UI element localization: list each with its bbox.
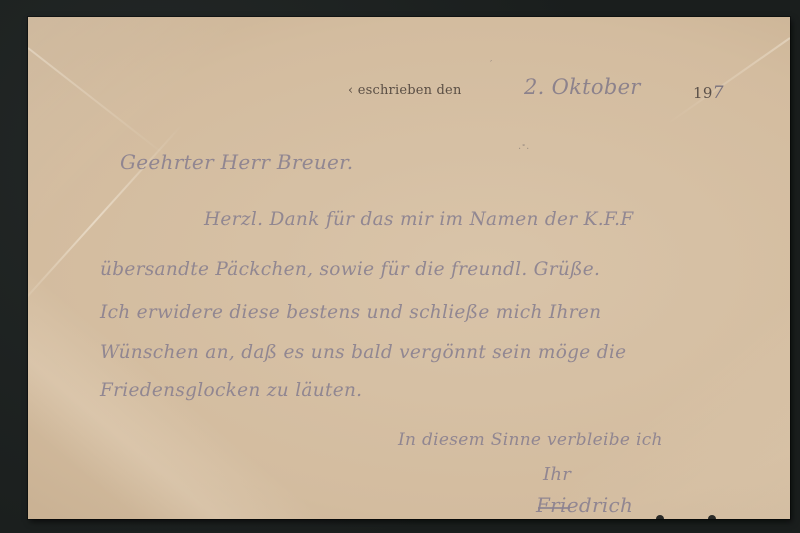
scanned-postcard-view: ′ ·˟· ‹ eschrieben den 2. Oktober 197 Ge…: [0, 0, 800, 533]
paper-edge-nick: [708, 515, 716, 519]
body-line: Wünschen an, daß es uns bald vergönnt se…: [100, 342, 626, 363]
postcard: ′ ·˟· ‹ eschrieben den 2. Oktober 197 Ge…: [28, 17, 790, 519]
paper-crease: [667, 37, 790, 125]
date-year: 197: [693, 83, 724, 103]
paper-crease: [28, 47, 170, 159]
year-digit: 7: [713, 83, 724, 103]
printed-header: ‹ eschrieben den: [348, 83, 462, 98]
body-line: Ich erwidere diese bestens und schließe …: [100, 302, 601, 323]
pencil-mark: ·˟·: [518, 144, 529, 155]
body-line: Friedensglocken zu läuten.: [100, 380, 362, 401]
signature-name: Friedrich: [536, 493, 633, 517]
salutation: Geehrter Herr Breuer.: [120, 150, 353, 174]
body-line: übersandte Päckchen, sowie für die freun…: [100, 259, 600, 280]
closing-line: In diesem Sinne verbleibe ich: [398, 430, 663, 450]
signature-ihr: Ihr: [543, 464, 571, 485]
signature-strikethrough: [538, 507, 570, 509]
body-line: Herzl. Dank für das mir im Namen der K.F…: [204, 209, 633, 230]
paper-edge-nick: [656, 515, 664, 519]
year-prefix: 19: [693, 84, 713, 102]
pencil-mark: ′: [490, 59, 492, 70]
date-day-month: 2. Oktober: [524, 75, 641, 99]
